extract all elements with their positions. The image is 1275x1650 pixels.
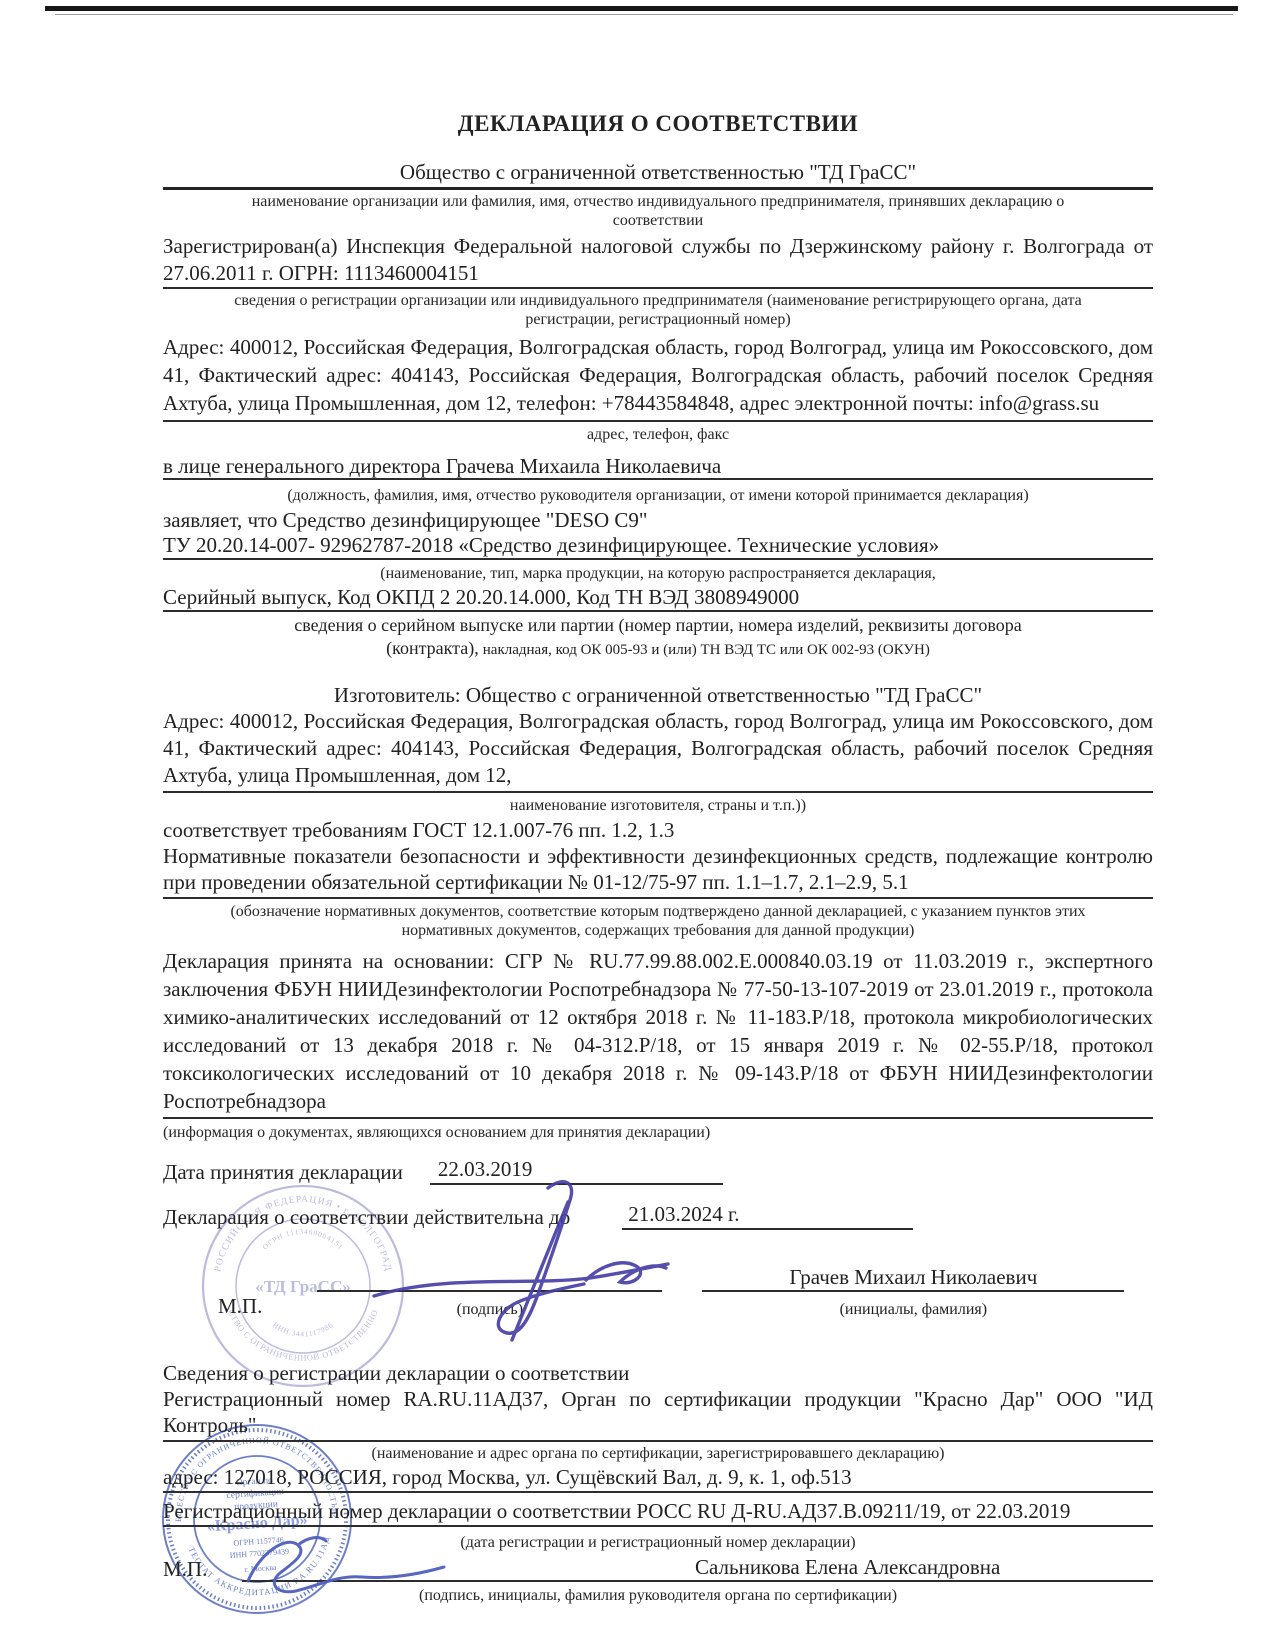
mp-seal-label: М.П.: [218, 1293, 262, 1319]
serial-caption-lead: (контракта),: [386, 638, 479, 658]
serial-caption-line2: (контракта), накладная, код ОК 005-93 и …: [163, 638, 1153, 660]
adoption-date-label: Дата принятия декларации: [163, 1159, 403, 1185]
basis-caption: (информация о документах, являющихся осн…: [163, 1123, 1153, 1142]
basis-paragraph: Декларация принята на основании: СГР № R…: [163, 947, 1153, 1119]
adoption-date-row: Дата принятия декларации 22.03.2019: [163, 1156, 1153, 1185]
serial-line: Серийный выпуск, Код ОКПД 2 20.20.14.000…: [163, 585, 1153, 612]
registration-caption: сведения о регистрации организации или и…: [208, 291, 1108, 329]
head-signature-row: М.П. Сальникова Елена Александровна: [163, 1554, 1153, 1582]
initials-caption: (инициалы, фамилия): [702, 1300, 1124, 1319]
manufacturer-address: Адрес: 400012, Российская Федерация, Вол…: [163, 708, 1153, 793]
registry-number-caption: (дата регистрации и регистрационный номе…: [208, 1533, 1108, 1552]
declarant-caption: наименование организации или фамилия, им…: [208, 192, 1108, 230]
signature-block: (подпись): [317, 1264, 662, 1319]
signature-caption: (подпись): [317, 1300, 662, 1319]
director-line: в лице генерального директора Грачева Ми…: [163, 454, 1153, 480]
registry-number: Регистрационный номер декларации о соотв…: [163, 1499, 1153, 1527]
registry-body: Регистрационный номер RA.RU.11АД37, Орга…: [163, 1386, 1153, 1442]
director-fullname: Грачев Михаил Николаевич: [702, 1264, 1124, 1292]
declaration-page: РОССИЙСКАЯ ФЕДЕРАЦИЯ • г. ВОЛГОГРАД ОБЩЕ…: [0, 0, 1275, 1650]
document-body: ДЕКЛАРАЦИЯ О СООТВЕТСТВИИ Общество с огр…: [163, 0, 1153, 1605]
conformity-line: соответствует требованиям ГОСТ 12.1.007-…: [163, 817, 1153, 843]
mp2-seal-label: М.П.: [163, 1556, 207, 1582]
registry-address: адрес: 127018, РОССИЯ, город Москва, ул.…: [163, 1465, 1153, 1493]
valid-until-value: 21.03.2024 г.: [622, 1201, 913, 1230]
head-signature-caption: (подпись, инициалы, фамилия руководителя…: [208, 1586, 1108, 1605]
valid-until-row: Декларация о соответствии действительна …: [163, 1201, 1153, 1230]
valid-until-label: Декларация о соответствии действительна …: [163, 1204, 570, 1230]
director-caption: (должность, фамилия, имя, отчество руков…: [208, 486, 1108, 505]
signature-row: М.П. (подпись) Грачев Михаил Николаевич …: [163, 1264, 1153, 1319]
manufacturer-heading: Изготовитель: Общество с ограниченной от…: [163, 682, 1153, 708]
serial-caption-rest: накладная, код ОК 005-93 и (или) ТН ВЭД …: [483, 642, 930, 658]
adoption-date-value: 22.03.2019: [430, 1156, 723, 1185]
normative-paragraph: Нормативные показатели безопасности и эф…: [163, 843, 1153, 899]
director-name-block: Грачев Михаил Николаевич (инициалы, фами…: [702, 1264, 1124, 1319]
registration-info: Зарегистрирован(а) Инспекция Федеральной…: [163, 233, 1153, 289]
declarant-name: Общество с ограниченной ответственностью…: [163, 159, 1153, 190]
product-tu-line: ТУ 20.20.14-007- 92962787-2018 «Средство…: [163, 533, 1153, 560]
head-signature-line: Сальникова Елена Александровна: [242, 1554, 1153, 1582]
product-caption: (наименование, тип, марка продукции, на …: [208, 564, 1108, 583]
registry-heading: Сведения о регистрации декларации о соот…: [163, 1361, 1153, 1386]
normative-caption: (обозначение нормативных документов, соо…: [208, 902, 1108, 940]
serial-caption-line1: сведения о серийном выпуске или партии (…: [163, 614, 1153, 636]
registry-body-caption: (наименование и адрес органа по сертифик…: [208, 1444, 1108, 1463]
address-caption: адрес, телефон, факс: [208, 425, 1108, 444]
head-fullname: Сальникова Елена Александровна: [392, 1554, 1275, 1580]
declarant-address: Адрес: 400012, Российская Федерация, Вол…: [163, 333, 1153, 422]
signature-line: [317, 1264, 662, 1292]
product-declaration-line: заявляет, что Средство дезинфицирующее "…: [163, 508, 1153, 533]
manufacturer-caption: наименование изготовителя, страны и т.п.…: [208, 796, 1108, 815]
document-title: ДЕКЛАРАЦИЯ О СООТВЕТСТВИИ: [163, 108, 1153, 140]
